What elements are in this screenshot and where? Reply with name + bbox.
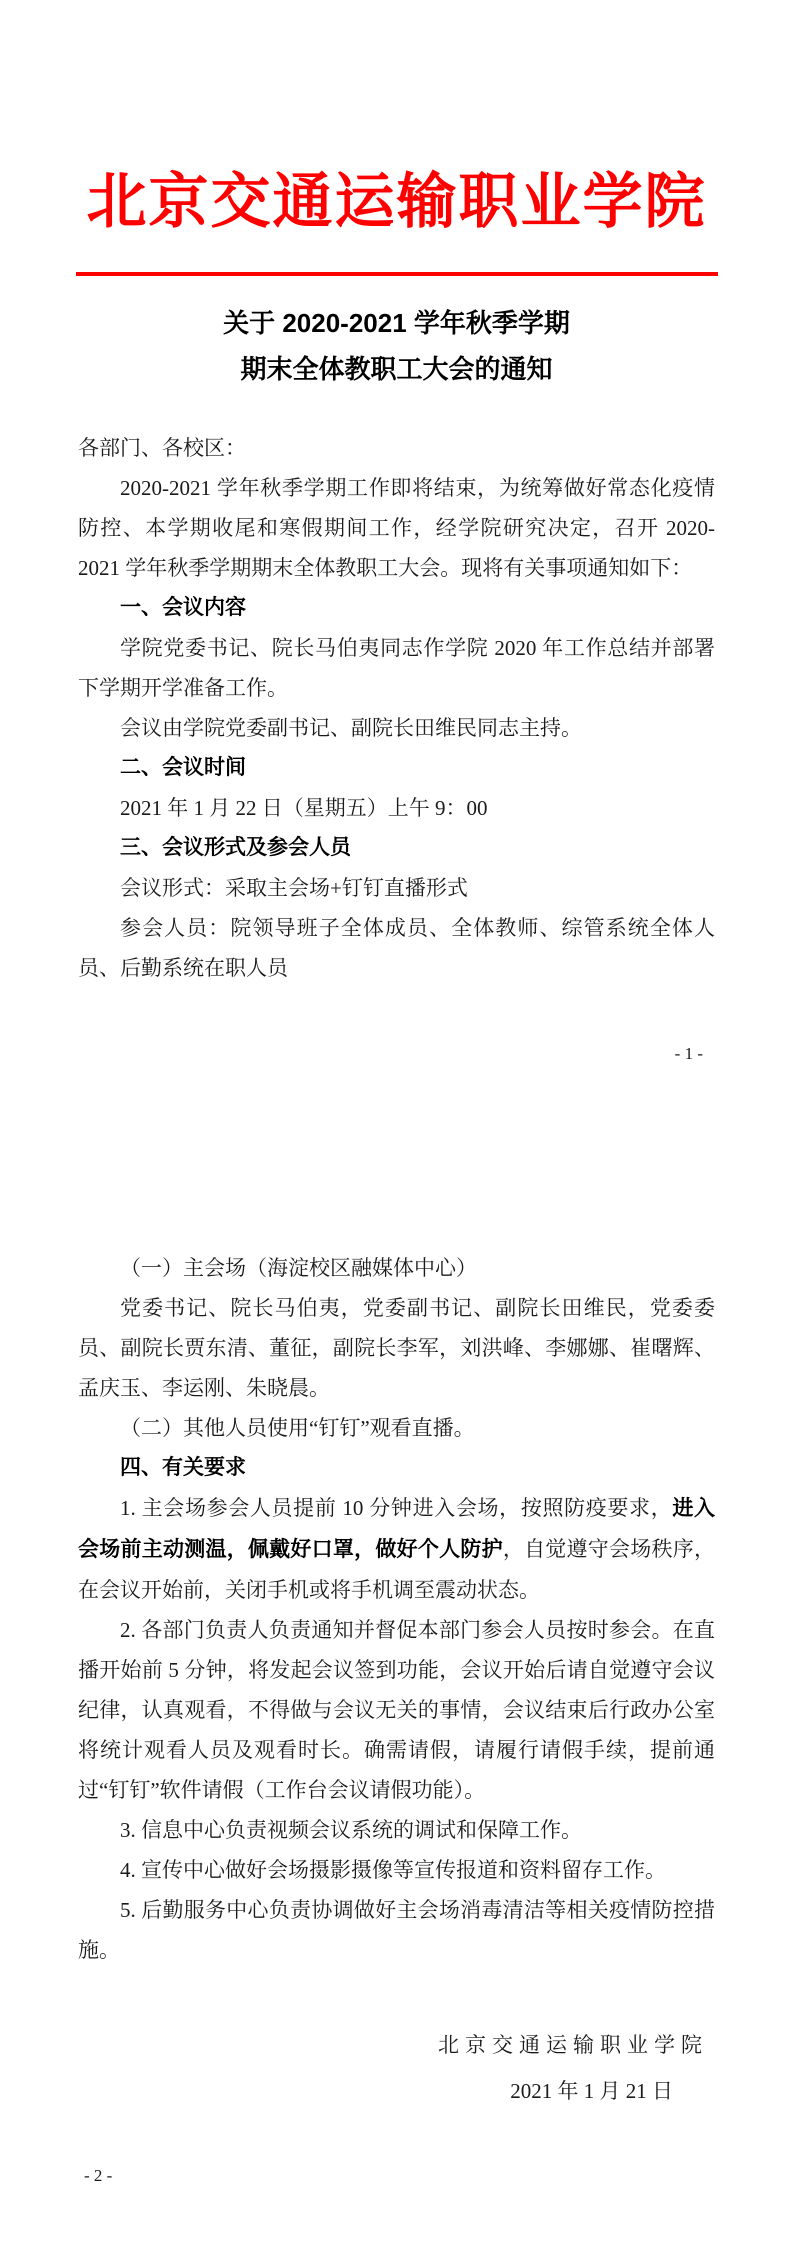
intro-paragraph: 2020-2021 学年秋季学期工作即将结束，为统筹做好常态化疫情防控、本学期收…	[78, 468, 715, 588]
requirement-2: 2. 各部门负责人负责通知并督促本部门参会人员按时参会。在直播开始前 5 分钟，…	[78, 1610, 715, 1810]
sub1-paragraph: 党委书记、院长马伯夷，党委副书记、副院长田维民，党委委员、副院长贾东清、董征，副…	[78, 1288, 715, 1408]
salutation: 各部门、各校区：	[78, 428, 715, 468]
requirement-1: 1. 主会场参会人员提前 10 分钟进入会场，按照防疫要求，进入会场前主动测温，…	[78, 1488, 715, 1610]
page1-body: 各部门、各校区： 2020-2021 学年秋季学期工作即将结束，为统筹做好常态化…	[78, 428, 715, 988]
page2-body: （一）主会场（海淀校区融媒体中心） 党委书记、院长马伯夷，党委副书记、副院长田维…	[78, 1122, 715, 1970]
doc-title-line2: 期末全体教职工大会的通知	[0, 346, 793, 392]
page-2: （一）主会场（海淀校区融媒体中心） 党委书记、院长马伯夷，党委副书记、副院长田维…	[0, 1122, 793, 2244]
section3-heading: 三、会议形式及参会人员	[78, 828, 715, 868]
section1-heading: 一、会议内容	[78, 588, 715, 628]
section1-paragraph-2: 会议由学院党委副书记、副院长田维民同志主持。	[78, 708, 715, 748]
section3-paragraph-1: 会议形式：采取主会场+钉钉直播形式	[78, 868, 715, 908]
signature-date: 2021 年 1 月 21 日	[0, 2068, 793, 2114]
section2-paragraph-1: 2021 年 1 月 22 日（星期五）上午 9：00	[78, 788, 715, 828]
doc-title: 关于 2020-2021 学年秋季学期 期末全体教职工大会的通知	[0, 300, 793, 392]
letterhead-rule	[76, 272, 718, 276]
requirement-4: 4. 宣传中心做好会场摄影摄像等宣传报道和资料留存工作。	[78, 1850, 715, 1890]
page2-page-number: - 2 -	[84, 2166, 112, 2186]
letterhead-title: 北京交通运输职业学院	[0, 160, 793, 244]
requirement-1-text-start: 1. 主会场参会人员提前 10 分钟进入会场，按照防疫要求，	[120, 1496, 672, 1520]
sub1-heading: （一）主会场（海淀校区融媒体中心）	[78, 1248, 715, 1288]
section3-paragraph-2: 参会人员：院领导班子全体成员、全体教师、综管系统全体人员、后勤系统在职人员	[78, 908, 715, 988]
page1-page-number: - 1 -	[675, 1044, 703, 1064]
doc-title-line1: 关于 2020-2021 学年秋季学期	[0, 300, 793, 346]
requirement-5: 5. 后勤服务中心负责协调做好主会场消毒清洁等相关疫情防控措施。	[78, 1890, 715, 1970]
requirement-3: 3. 信息中心负责视频会议系统的调试和保障工作。	[78, 1810, 715, 1850]
section4-heading: 四、有关要求	[78, 1448, 715, 1488]
page-1: 北京交通运输职业学院 关于 2020-2021 学年秋季学期 期末全体教职工大会…	[0, 0, 793, 1122]
sub2-heading: （二）其他人员使用“钉钉”观看直播。	[78, 1408, 715, 1448]
section1-paragraph-1: 学院党委书记、院长马伯夷同志作学院 2020 年工作总结并部署下学期开学准备工作…	[78, 628, 715, 708]
section2-heading: 二、会议时间	[78, 748, 715, 788]
signature: 北京交通运输职业学院	[0, 2022, 793, 2068]
